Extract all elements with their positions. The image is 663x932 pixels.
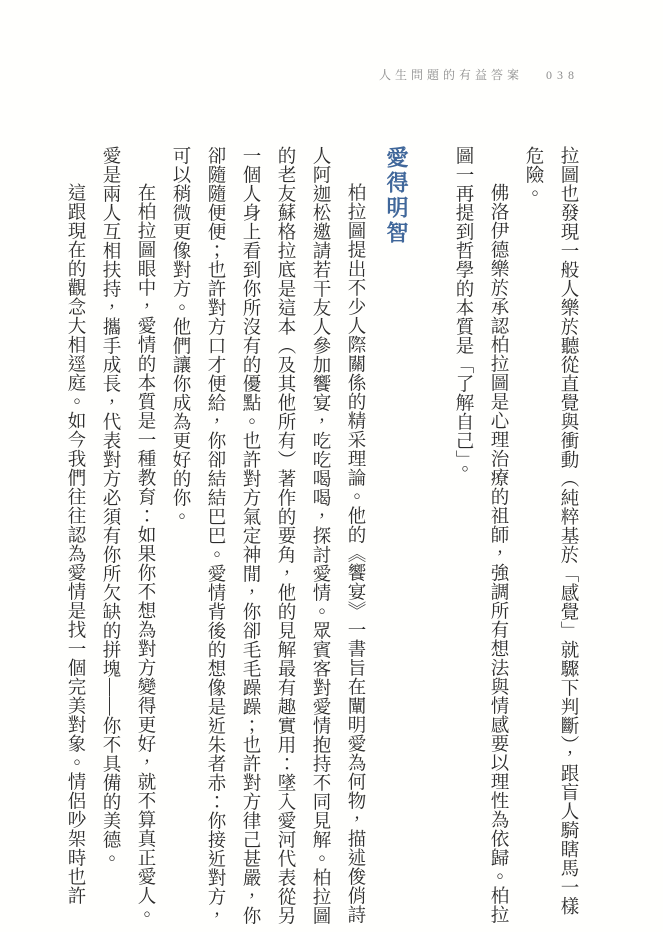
- paragraph-symposium: 柏拉圖提出不少人際關係的精采理論。他的《饗宴》一書旨在闡明愛為何物，描述俊俏詩人…: [162, 146, 372, 925]
- paragraph-freud: 佛洛伊德樂於承認柏拉圖是心理治療的祖師，強調所有想法與情感要以理性為依歸。柏拉圖…: [445, 146, 515, 925]
- paragraph-continuation: 拉圖也發現一般人樂於聽從直覺與衝動（純粹基於「感覺」就驟下判斷），跟盲人騎瞎馬一…: [515, 146, 585, 925]
- running-header: 人生問題的有益答案 038: [379, 66, 579, 83]
- paragraph-modern-view: 這跟現在的觀念大相逕庭。如今我們往往認為愛情是找一個完美對象。情侶吵架時也許: [57, 146, 92, 925]
- section-heading: 愛得明智: [381, 146, 436, 925]
- book-page: 人生問題的有益答案 038 拉圖也發現一般人樂於聽從直覺與衝動（純粹基於「感覺」…: [0, 0, 663, 932]
- page-number: 038: [546, 68, 579, 83]
- page-body: 拉圖也發現一般人樂於聽從直覺與衝動（純粹基於「感覺」就驟下判斷），跟盲人騎瞎馬一…: [57, 146, 585, 925]
- running-title: 人生問題的有益答案: [379, 68, 523, 82]
- paragraph-education: 在柏拉圖眼中，愛情的本質是一種教育：如果你不想為對方變得更好，就不算真正愛人。愛…: [92, 146, 162, 925]
